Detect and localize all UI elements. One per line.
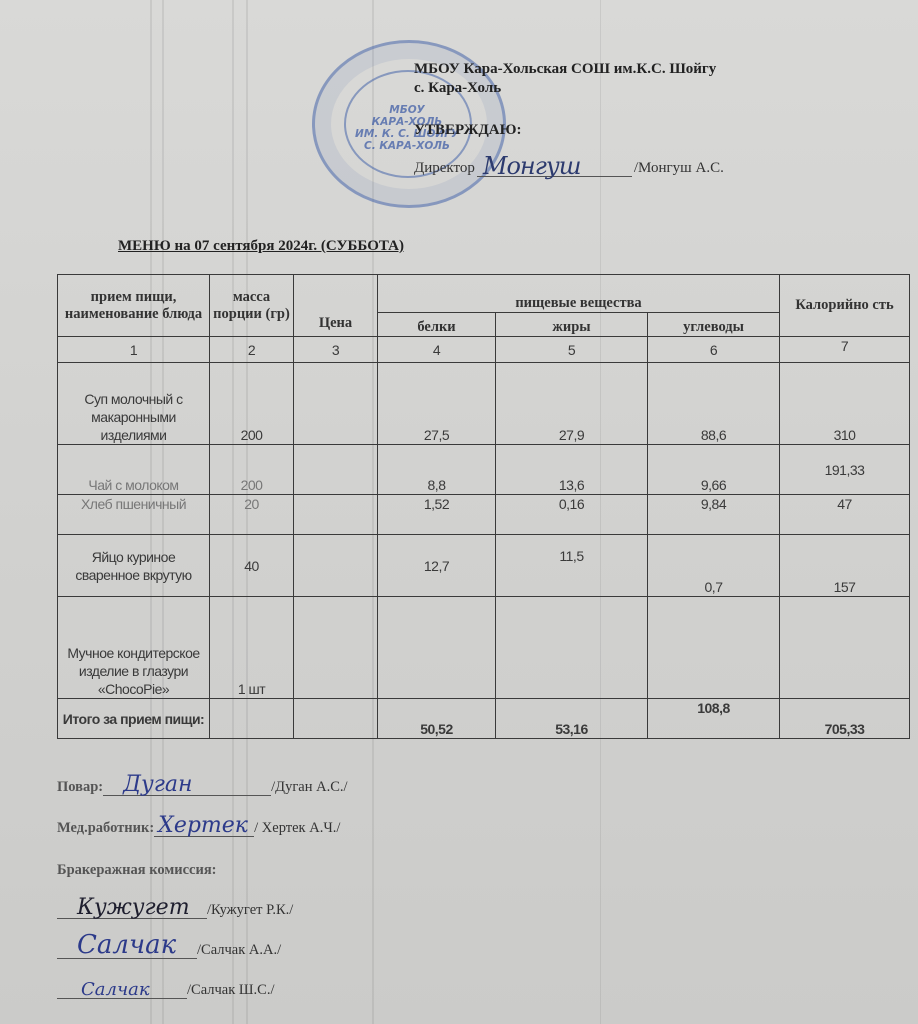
- medic-signature-line: Мед.работник: Хертек / Хертек А.Ч./: [57, 818, 340, 837]
- header-protein: белки: [378, 313, 496, 337]
- dish-protein: 12,7: [378, 535, 496, 597]
- commission-signature-field: Кужугет: [57, 900, 207, 919]
- header-nutrients: пищевые вещества: [378, 275, 780, 313]
- dish-mass: 1 шт: [210, 597, 294, 699]
- dish-calories: [780, 597, 910, 699]
- director-name: /Монгуш А.С.: [634, 160, 724, 177]
- organization-name: МБОУ Кара-Хольская СОШ им.К.С. Шойгу: [414, 60, 716, 79]
- medic-label: Мед.работник:: [57, 820, 154, 837]
- dish-calories: 157: [780, 535, 910, 597]
- director-signature: Монгуш: [483, 152, 581, 180]
- menu-title: МЕНЮ на 07 сентября 2024г. (СУББОТА): [118, 238, 404, 255]
- dish-price: [294, 535, 378, 597]
- commission-member-2: Салчак /Салчак А.А./: [57, 940, 281, 959]
- dish-fat: 13,6: [496, 445, 648, 495]
- dish-carbs: 88,6: [648, 363, 780, 445]
- dish-protein: 27,5: [378, 363, 496, 445]
- dish-fat: 11,5: [496, 535, 648, 597]
- commission-member-3: Салчак /Салчак Ш.С./: [57, 980, 274, 999]
- medic-signature: Хертек: [158, 813, 248, 838]
- approval-heading: УТВЕРЖДАЮ:: [414, 122, 522, 139]
- header-mass: масса порции (гр): [210, 275, 294, 337]
- stamp-line: С. КАРА-ХОЛЬ: [352, 140, 462, 152]
- column-number: 4: [378, 337, 496, 363]
- director-signature-field: Монгуш: [477, 158, 632, 177]
- header-meal: прием пищи, наименование блюда: [58, 275, 210, 337]
- commission-heading: Бракеражная комиссия:: [57, 862, 217, 879]
- dish-fat: [496, 597, 648, 699]
- commission-signature: Кужугет: [77, 895, 190, 920]
- dish-name: Чай с молоком: [58, 445, 210, 495]
- dish-protein: [378, 597, 496, 699]
- total-calories: 705,33: [780, 699, 910, 739]
- commission-member-name: /Салчак А.А./: [197, 942, 281, 959]
- total-carbs: 108,8: [648, 699, 780, 739]
- column-number: 6: [648, 337, 780, 363]
- organization-village: с. Кара-Холь: [414, 79, 716, 98]
- cook-signature: Дуган: [123, 772, 192, 797]
- dish-carbs: 9,66: [648, 445, 780, 495]
- commission-member-name: /Кужугет Р.К./: [207, 902, 293, 919]
- table-row: Мучное кондитерское изделие в глазури «C…: [58, 597, 910, 699]
- dish-price: [294, 597, 378, 699]
- dish-mass: 40: [210, 535, 294, 597]
- cook-name: /Дуган А.С./: [271, 779, 347, 796]
- dish-mass: 200: [210, 445, 294, 495]
- menu-table: прием пищи, наименование блюда масса пор…: [57, 274, 910, 739]
- commission-signature: Салчак: [77, 930, 176, 960]
- organization-block: МБОУ Кара-Хольская СОШ им.К.С. Шойгу с. …: [414, 60, 716, 98]
- dish-carbs: 9,84: [648, 495, 780, 535]
- dish-carbs: 0,7: [648, 535, 780, 597]
- total-mass: [210, 699, 294, 739]
- dish-fat: 27,9: [496, 363, 648, 445]
- dish-name: Хлеб пшеничный: [58, 495, 210, 535]
- commission-member-1: Кужугет /Кужугет Р.К./: [57, 900, 293, 919]
- column-number: 1: [58, 337, 210, 363]
- medic-name: / Хертек А.Ч./: [254, 820, 340, 837]
- cook-signature-line: Повар: Дуган /Дуган А.С./: [57, 777, 348, 796]
- dish-protein: 8,8: [378, 445, 496, 495]
- dish-price: [294, 495, 378, 535]
- director-label: Директор: [414, 160, 475, 177]
- director-signature-line: Директор Монгуш /Монгуш А.С.: [414, 158, 724, 177]
- dish-mass: 20: [210, 495, 294, 535]
- dish-calories: 47: [780, 495, 910, 535]
- total-fat: 53,16: [496, 699, 648, 739]
- table-row: Суп молочный с макаронными изделиями 200…: [58, 363, 910, 445]
- commission-signature-field: Салчак: [57, 980, 187, 999]
- commission-label: Бракеражная комиссия:: [57, 862, 217, 879]
- column-number: 2: [210, 337, 294, 363]
- dish-mass: 200: [210, 363, 294, 445]
- total-price: [294, 699, 378, 739]
- dish-price: [294, 445, 378, 495]
- header-calories: Калорийно сть: [780, 275, 910, 337]
- column-number: 5: [496, 337, 648, 363]
- total-protein: 50,52: [378, 699, 496, 739]
- dish-calories: 310: [780, 363, 910, 445]
- header-price: Цена: [294, 275, 378, 337]
- column-number-row: 1 2 3 4 5 6 7: [58, 337, 910, 363]
- commission-signature: Салчак: [81, 979, 150, 1000]
- dish-protein: 1,52: [378, 495, 496, 535]
- cook-label: Повар:: [57, 779, 103, 796]
- commission-signature-field: Салчак: [57, 940, 197, 959]
- table-row: Чай с молоком 200 8,8 13,6 9,66 191,33: [58, 445, 910, 495]
- header-fat: жиры: [496, 313, 648, 337]
- dish-calories: 191,33: [780, 445, 910, 495]
- cook-signature-field: Дуган: [103, 777, 271, 796]
- dish-name: Мучное кондитерское изделие в глазури «C…: [58, 597, 210, 699]
- column-number: 7: [780, 337, 910, 363]
- stamp-line: МБОУ: [352, 104, 462, 116]
- header-carbs: углеводы: [648, 313, 780, 337]
- total-row: Итого за прием пищи: 50,52 53,16 108,8 7…: [58, 699, 910, 739]
- medic-signature-field: Хертек: [154, 818, 254, 837]
- dish-name: Яйцо куриное сваренное вкрутую: [58, 535, 210, 597]
- table-row: Хлеб пшеничный 20 1,52 0,16 9,84 47: [58, 495, 910, 535]
- commission-member-name: /Салчак Ш.С./: [187, 982, 274, 999]
- dish-carbs: [648, 597, 780, 699]
- dish-fat: 0,16: [496, 495, 648, 535]
- column-number: 3: [294, 337, 378, 363]
- table-row: Яйцо куриное сваренное вкрутую 40 12,7 1…: [58, 535, 910, 597]
- dish-price: [294, 363, 378, 445]
- total-label: Итого за прием пищи:: [58, 699, 210, 739]
- dish-name: Суп молочный с макаронными изделиями: [58, 363, 210, 445]
